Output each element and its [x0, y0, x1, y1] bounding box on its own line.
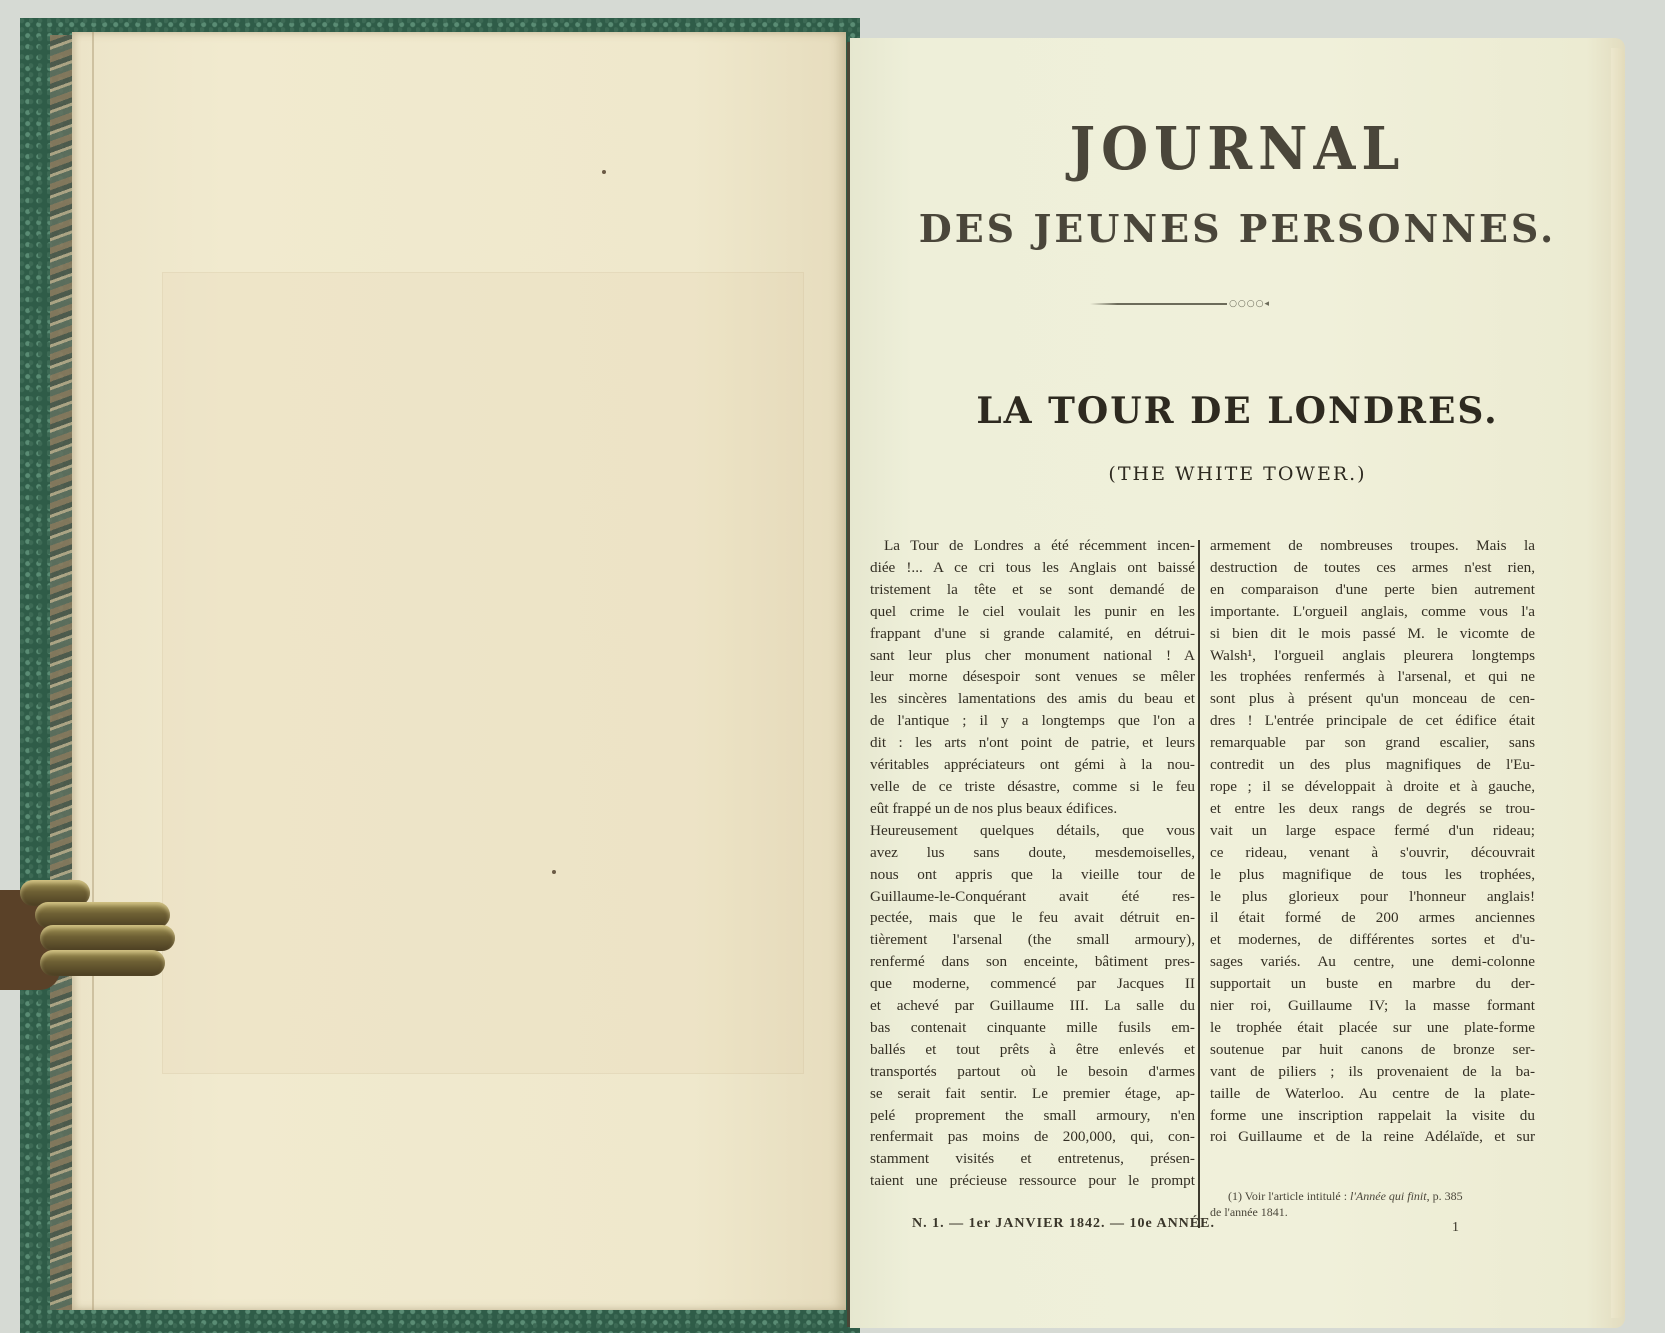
- text-line: soutenue par huit canons de bronze ser-: [1210, 1039, 1535, 1061]
- text-line: le plus glorieux pour l'honneur anglais!: [1210, 886, 1535, 908]
- text-line: se serait fait sentir. Le premier étage,…: [870, 1083, 1195, 1105]
- text-line: il était formé de 200 armes anciennes: [1210, 907, 1535, 929]
- masthead-subtitle: DES JEUNES PERSONNES.: [850, 206, 1625, 251]
- text-line: armement de nombreuses troupes. Mais la: [1210, 535, 1535, 557]
- clip-finger: [40, 950, 165, 976]
- text-column-left: La Tour de Londres a été récemment incen…: [870, 535, 1195, 1192]
- text-line: pelé proprement the small armoury, n'en: [870, 1105, 1195, 1127]
- text-line: transportés partout où le besoin d'armes: [870, 1061, 1195, 1083]
- brass-hand-page-holder: [0, 880, 175, 990]
- text-line: forme une inscription rappelait la visit…: [1210, 1105, 1535, 1127]
- footnote-italic-title: l'Année qui finit: [1350, 1189, 1427, 1203]
- text-line: quel crime le ciel voulait les punir en …: [870, 601, 1195, 623]
- article-subtitle: (THE WHITE TOWER.): [850, 463, 1625, 485]
- ornament-rule: ○○○○◂: [1090, 300, 1270, 308]
- page-number: 1: [1452, 1220, 1459, 1236]
- text-line: les sincères lamentations des amis du be…: [870, 688, 1195, 710]
- footnote: (1) Voir l'article intitulé : l'Année qu…: [1210, 1188, 1540, 1220]
- text-line: vant de piliers ; ils provenaient de la …: [1210, 1061, 1535, 1083]
- text-line: avez lus sans doute, mesdemoiselles,: [870, 842, 1195, 864]
- text-line: les trophées renfermés à l'arsenal, et q…: [1210, 666, 1535, 688]
- text-line: diée !... A ce cri tous les Anglais ont …: [870, 557, 1195, 579]
- text-line: roi Guillaume et de la reine Adélaïde, e…: [1210, 1126, 1535, 1148]
- text-line: remarquable par son grand escalier, sans: [1210, 732, 1535, 754]
- text-line: velle de ce triste désastre, comme si le…: [870, 776, 1195, 798]
- text-line: et achevé par Guillaume III. La salle du: [870, 995, 1195, 1017]
- text-line: de l'antique ; il y a longtemps que l'on…: [870, 710, 1195, 732]
- footnote-line-1: (1) Voir l'article intitulé : l'Année qu…: [1210, 1188, 1540, 1204]
- text-line: nous ont appris que la vieille tour de: [870, 864, 1195, 886]
- text-line: tièrement l'arsenal (the small armoury),: [870, 929, 1195, 951]
- article-title: LA TOUR DE LONDRES.: [850, 390, 1625, 432]
- text-line: eût frappé un de nos plus beaux édifices…: [870, 798, 1195, 820]
- masthead-journal: JOURNAL: [850, 113, 1625, 183]
- text-line: ballés et tout prêts à être enlevés et: [870, 1039, 1195, 1061]
- issue-footer: N. 1. — 1er JANVIER 1842. — 10e ANNÉE.: [912, 1216, 1215, 1232]
- text-line: taille de Waterloo. Au centre de la plat…: [1210, 1083, 1535, 1105]
- text-line: sages variés. Au centre, une demi-colonn…: [1210, 951, 1535, 973]
- column-divider: [1198, 540, 1200, 1228]
- text-line: le trophée était placée sur une plate-fo…: [1210, 1017, 1535, 1039]
- ornament-dots-icon: ○○○○◂: [1229, 299, 1270, 309]
- footnote-page-ref: , p. 385: [1427, 1189, 1463, 1203]
- clip-finger: [40, 925, 175, 951]
- text-line: La Tour de Londres a été récemment incen…: [870, 535, 1195, 557]
- foxing-spot: [602, 170, 606, 174]
- text-line: stamment visités et entretenus, présen-: [870, 1148, 1195, 1170]
- ornament-line: [1090, 303, 1227, 305]
- text-line: ce rideau, venant à s'ouvrir, découvrait: [1210, 842, 1535, 864]
- text-line: dit : les arts n'ont point de patrie, et…: [870, 732, 1195, 754]
- offset-plate-shadow: [162, 272, 804, 1074]
- text-line: vait un large espace fermé d'un rideau;: [1210, 820, 1535, 842]
- text-line: renfermé dans son enceinte, bâtiment pre…: [870, 951, 1195, 973]
- text-line: destruction de toutes ces armes n'est ri…: [1210, 557, 1535, 579]
- text-line: supportait un buste en marbre du der-: [1210, 973, 1535, 995]
- text-line: rope ; il se développait à droite et à g…: [1210, 776, 1535, 798]
- text-column-right: armement de nombreuses troupes. Mais la …: [1210, 535, 1535, 1148]
- text-line: le plus magnifique de tous les trophées,: [1210, 864, 1535, 886]
- text-line: bas contenait cinquante mille fusils em-: [870, 1017, 1195, 1039]
- text-line: et modernes, de différentes sortes et d'…: [1210, 929, 1535, 951]
- text-line: Guillaume-le-Conquérant avait été res-: [870, 886, 1195, 908]
- text-line: nier roi, Guillaume IV; la masse formant: [1210, 995, 1535, 1017]
- footnote-text: (1) Voir l'article intitulé :: [1228, 1189, 1350, 1203]
- text-line: Walsh¹, l'orgueil anglais pleurera longt…: [1210, 645, 1535, 667]
- text-line: frappant d'une si grande calamité, en dé…: [870, 623, 1195, 645]
- text-line: en comparaison d'une perte bien autremen…: [1210, 579, 1535, 601]
- text-line: Heureusement quelques détails, que vous: [870, 820, 1195, 842]
- text-line: pectée, mais que le feu avait détruit en…: [870, 907, 1195, 929]
- text-line: dres ! L'entrée principale de cet édific…: [1210, 710, 1535, 732]
- text-line: véritables appréciateurs ont gémi à la n…: [870, 754, 1195, 776]
- text-line: et entre les deux rangs de degrés se tro…: [1210, 798, 1535, 820]
- left-page: [72, 32, 846, 1310]
- text-line: si bien dit le mois passé M. le vicomte …: [1210, 623, 1535, 645]
- text-line: contredit un des plus magnifiques de l'E…: [1210, 754, 1535, 776]
- text-line: renfermait pas moins de 200,000, qui, co…: [870, 1126, 1195, 1148]
- text-line: sant leur plus cher monument national ! …: [870, 645, 1195, 667]
- text-line: taient une précieuse ressource pour le p…: [870, 1170, 1195, 1192]
- foxing-spot: [552, 870, 556, 874]
- footnote-line-2: de l'année 1841.: [1210, 1204, 1540, 1220]
- page-edge-line: [92, 32, 94, 1310]
- text-line: leur morne désespoir sont venues se mêle…: [870, 666, 1195, 688]
- text-line: importante. L'orgueil anglais, comme vou…: [1210, 601, 1535, 623]
- text-line: sont plus à présent qu'un monceau de cen…: [1210, 688, 1535, 710]
- text-line: que moderne, commencé par Jacques II: [870, 973, 1195, 995]
- text-line: tristement la tête et se sont demandé de: [870, 579, 1195, 601]
- right-page: JOURNAL DES JEUNES PERSONNES. ○○○○◂ LA T…: [850, 38, 1625, 1328]
